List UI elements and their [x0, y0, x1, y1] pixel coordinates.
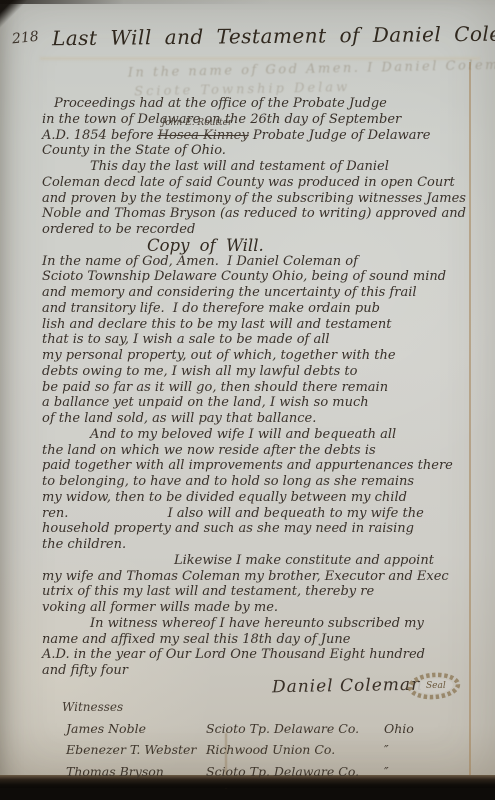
witness-name: Ebenezer T. Webster	[66, 742, 206, 757]
ghost-line: In the name of God Amen. I Daniel Colema	[128, 56, 478, 82]
witness-state: Ohio	[384, 721, 466, 736]
witness-row: Thomas Bryson Scioto Tp. Delaware Co. ″	[66, 757, 466, 779]
text-line: and memory and considering the uncertain…	[42, 285, 474, 301]
interline-wrap: Hosea KinneyJohn E. Routter	[158, 128, 249, 144]
witness-name: Thomas Bryson	[66, 764, 206, 779]
text-line: ren. I also will and bequeath to my wife…	[42, 506, 474, 522]
seal: Seal	[406, 672, 464, 702]
witness-row: Ebenezer T. Webster Richwood Union Co. ″	[66, 736, 466, 758]
text-line: Copy of Will.	[42, 238, 474, 254]
text-line: In witness whereof I have hereunto subsc…	[42, 616, 474, 632]
text-line: This day the last will and testament of …	[42, 159, 474, 175]
inserted-judge-name: John E. Routter	[162, 119, 233, 128]
text-line-interlineation: A.D. 1854 before Hosea KinneyJohn E. Rou…	[42, 128, 474, 144]
text-line: that is to say, I wish a sale to be made…	[42, 332, 474, 348]
witness-name: James Noble	[66, 721, 206, 736]
interline-post: Probate Judge of Delaware	[249, 128, 431, 143]
text-line: Coleman decd late of said County was pro…	[42, 175, 474, 191]
text-line: And to my beloved wife I will and bequea…	[42, 427, 474, 443]
text-line: and proven by the testimony of the subsc…	[42, 191, 474, 207]
witness-residence: Richwood Union Co.	[206, 742, 384, 757]
text-line: in the town of Delaware on the 26th day …	[42, 112, 474, 128]
text-line: the children.	[42, 537, 474, 553]
witness-list: James Noble Scioto Tp. Delaware Co. Ohio…	[66, 714, 466, 779]
will-text-body: Proceedings had at the office of the Pro…	[42, 96, 474, 679]
seal-label: Seal	[426, 681, 446, 691]
text-line: In the name of God, Amen. I Daniel Colem…	[42, 254, 474, 270]
text-line: my personal property, out of which, toge…	[42, 348, 474, 364]
text-line: Likewise I make constitute and appoint	[42, 553, 474, 569]
page-number: 218	[11, 29, 39, 48]
text-line: name and affixed my seal this 18th day o…	[42, 632, 474, 648]
text-line: County in the State of Ohio.	[42, 143, 474, 159]
witness-row: James Noble Scioto Tp. Delaware Co. Ohio	[66, 714, 466, 736]
text-line: Proceedings had at the office of the Pro…	[42, 96, 474, 112]
text-line: utrix of this my last will and testament…	[42, 584, 474, 600]
text-line: Noble and Thomas Bryson (as reduced to w…	[42, 206, 474, 222]
register-page: 218 Last Will and Testament of Daniel Co…	[0, 0, 495, 788]
text-line: lish and declare this to be my last will…	[42, 317, 474, 333]
will-lines: County in the State of Ohio.This day the…	[42, 143, 474, 679]
witness-state: ″	[384, 742, 466, 757]
testator-signature: Daniel Coleman	[272, 675, 423, 698]
witness-residence: Scioto Tp. Delaware Co.	[206, 764, 384, 779]
proceedings-lines: Proceedings had at the office of the Pro…	[42, 96, 474, 128]
text-line: debts owing to me, I wish all my lawful …	[42, 364, 474, 380]
text-line: paid together with all improvements and …	[42, 458, 474, 474]
witness-residence: Scioto Tp. Delaware Co.	[206, 721, 384, 736]
text-line: A.D. in the year of Our Lord One Thousan…	[42, 647, 474, 663]
witness-state: ″	[384, 764, 466, 779]
text-line: Scioto Township Delaware County Ohio, be…	[42, 269, 474, 285]
text-line: the land on which we now reside after th…	[42, 443, 474, 459]
interline-pre: A.D. 1854 before	[42, 128, 158, 143]
text-line: to belonging, to have and to hold so lon…	[42, 474, 474, 490]
witnesses-label: Witnesses	[62, 700, 123, 714]
top-left-corner-shadow	[0, 0, 30, 30]
text-line: be paid so far as it will go, then shoul…	[42, 380, 474, 396]
text-line: my wife and Thomas Coleman my brother, E…	[42, 569, 474, 585]
struck-judge-name: Hosea Kinney	[158, 128, 249, 143]
text-line: a ballance yet unpaid on the land, I wis…	[42, 395, 474, 411]
top-edge-shadow	[0, 0, 495, 4]
text-line: and transitory life. I do therefore make…	[42, 301, 474, 317]
text-line: of the land sold, as will pay that balla…	[42, 411, 474, 427]
paper-crease-band	[40, 57, 480, 60]
text-line: my widow, then to be divided equally bet…	[42, 490, 474, 506]
document-title: Last Will and Testament of Daniel Colema…	[52, 22, 487, 51]
text-line: voking all former wills made by me.	[42, 600, 474, 616]
ghost-bleedthrough-text: In the name of God Amen. I Daniel Colema…	[128, 56, 479, 101]
text-line: household property and such as she may n…	[42, 521, 474, 537]
